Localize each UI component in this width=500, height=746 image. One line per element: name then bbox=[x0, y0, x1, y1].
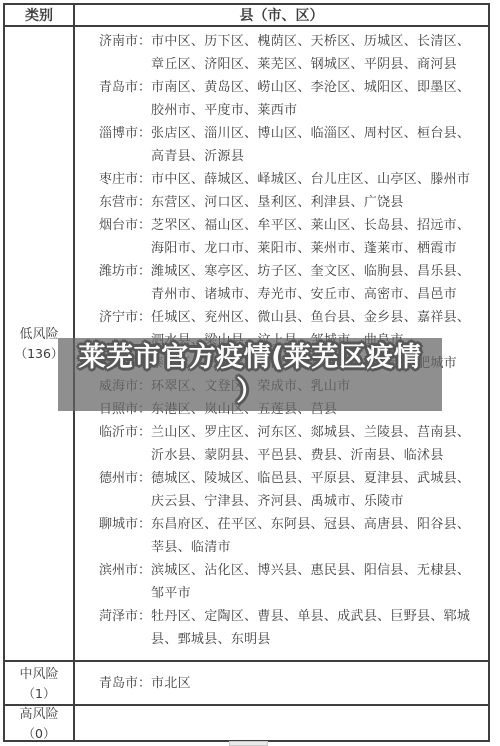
district-list: 市北区 bbox=[151, 672, 478, 695]
watermark-title-line1: 莱芜市官方疫情(莱芜区疫情 bbox=[58, 341, 442, 375]
district-list: 芝罘区、福山区、牟平区、莱山区、长岛县、招远市、海阳市、龙口市、莱阳市、莱州市、… bbox=[151, 214, 478, 260]
city-row: 聊城市：东昌府区、茌平区、东阿县、冠县、高唐县、阳谷县、莘县、临清市 bbox=[99, 513, 478, 559]
city-row: 枣庄市：市中区、薛城区、峄城区、台儿庄区、山亭区、滕州市 bbox=[99, 168, 478, 191]
header-region-label: 县（市、区） bbox=[240, 5, 324, 25]
district-list: 兰山区、罗庄区、河东区、郯城县、兰陵县、莒南县、沂水县、蒙阴县、平邑县、费县、沂… bbox=[151, 421, 478, 467]
district-list: 潍城区、寒亭区、坊子区、奎文区、临朐县、昌乐县、青州市、诸城市、寿光市、安丘市、… bbox=[151, 260, 478, 306]
district-list: 滨城区、沾化区、博兴县、惠民县、阳信县、无棣县、邹平市 bbox=[151, 559, 478, 605]
risk-count: （1） bbox=[23, 685, 56, 702]
city-name: 东营市： bbox=[99, 191, 151, 214]
city-row: 滨州市：滨城区、沾化区、博兴县、惠民县、阳信县、无棣县、邹平市 bbox=[99, 559, 478, 605]
header-category-label: 类别 bbox=[25, 5, 53, 25]
city-name: 枣庄市： bbox=[99, 168, 151, 191]
risk-count: （136） bbox=[15, 345, 64, 362]
city-name: 滨州市： bbox=[99, 559, 151, 582]
watermark-title-line2: ） bbox=[58, 375, 442, 409]
page-bottom-artifact bbox=[229, 741, 268, 746]
city-name: 烟台市： bbox=[99, 214, 151, 237]
city-row: 潍坊市：潍城区、寒亭区、坊子区、奎文区、临朐县、昌乐县、青州市、诸城市、寿光市、… bbox=[99, 260, 478, 306]
city-name: 淄博市： bbox=[99, 122, 151, 145]
city-name: 潍坊市： bbox=[99, 260, 151, 283]
risk-content-cell bbox=[75, 704, 488, 740]
city-name: 青岛市： bbox=[99, 76, 151, 99]
page: 类别 县（市、区） 低风险（136）济南市：市中区、历下区、槐荫区、天桥区、历城… bbox=[0, 0, 500, 746]
district-list: 市中区、薛城区、峄城区、台儿庄区、山亭区、滕州市 bbox=[151, 168, 478, 191]
city-name: 济南市： bbox=[99, 30, 151, 53]
city-name: 聊城市： bbox=[99, 513, 151, 536]
district-list: 东营区、河口区、垦利区、利津县、广饶县 bbox=[151, 191, 478, 214]
risk-label-cell: 中风险（1） bbox=[5, 660, 75, 704]
city-row: 东营市：东营区、河口区、垦利区、利津县、广饶县 bbox=[99, 191, 478, 214]
city-name: 济宁市： bbox=[99, 306, 151, 329]
city-row: 临沂市：兰山区、罗庄区、河东区、郯城县、兰陵县、莒南县、沂水县、蒙阴县、平邑县、… bbox=[99, 421, 478, 467]
city-name: 菏泽市： bbox=[99, 605, 151, 628]
city-name: 青岛市： bbox=[99, 672, 151, 695]
city-row: 淄博市：张店区、淄川区、博山区、临淄区、周村区、桓台县、高青县、沂源县 bbox=[99, 122, 478, 168]
district-list: 牡丹区、定陶区、曹县、单县、成武县、巨野县、郓城县、鄄城县、东明县 bbox=[151, 605, 478, 651]
risk-count: （0） bbox=[23, 725, 56, 741]
risk-content-cell: 青岛市：市北区 bbox=[75, 660, 488, 704]
risk-label-cell: 高风险（0） bbox=[5, 704, 75, 740]
city-row: 济南市：市中区、历下区、槐荫区、天桥区、历城区、长清区、章丘区、济阳区、莱芜区、… bbox=[99, 30, 478, 76]
city-name: 德州市： bbox=[99, 467, 151, 490]
district-list: 张店区、淄川区、博山区、临淄区、周村区、桓台县、高青县、沂源县 bbox=[151, 122, 478, 168]
city-name: 临沂市： bbox=[99, 421, 151, 444]
city-row: 德州市：德城区、陵城区、临邑县、平原县、夏津县、武城县、庆云县、宁津县、齐河县、… bbox=[99, 467, 478, 513]
risk-label: 低风险 bbox=[19, 325, 58, 345]
header-category-cell: 类别 bbox=[5, 5, 75, 27]
district-list: 德城区、陵城区、临邑县、平原县、夏津县、武城县、庆云县、宁津县、齐河县、禹城市、… bbox=[151, 467, 478, 513]
watermark-overlay: 莱芜市官方疫情(莱芜区疫情 ） bbox=[58, 338, 442, 411]
city-row: 青岛市：市北区 bbox=[99, 672, 478, 695]
risk-label: 中风险 bbox=[19, 665, 58, 685]
header-region-cell: 县（市、区） bbox=[75, 5, 488, 27]
city-row: 青岛市：市南区、黄岛区、崂山区、李沧区、城阳区、即墨区、胶州市、平度市、莱西市 bbox=[99, 76, 478, 122]
district-list: 市南区、黄岛区、崂山区、李沧区、城阳区、即墨区、胶州市、平度市、莱西市 bbox=[151, 76, 478, 122]
city-row: 烟台市：芝罘区、福山区、牟平区、莱山区、长岛县、招远市、海阳市、龙口市、莱阳市、… bbox=[99, 214, 478, 260]
district-list: 市中区、历下区、槐荫区、天桥区、历城区、长清区、章丘区、济阳区、莱芜区、钢城区、… bbox=[151, 30, 478, 76]
city-row: 菏泽市：牡丹区、定陶区、曹县、单县、成武县、巨野县、郓城县、鄄城县、东明县 bbox=[99, 605, 478, 651]
risk-label: 高风险 bbox=[19, 705, 58, 725]
district-list: 东昌府区、茌平区、东阿县、冠县、高唐县、阳谷县、莘县、临清市 bbox=[151, 513, 478, 559]
